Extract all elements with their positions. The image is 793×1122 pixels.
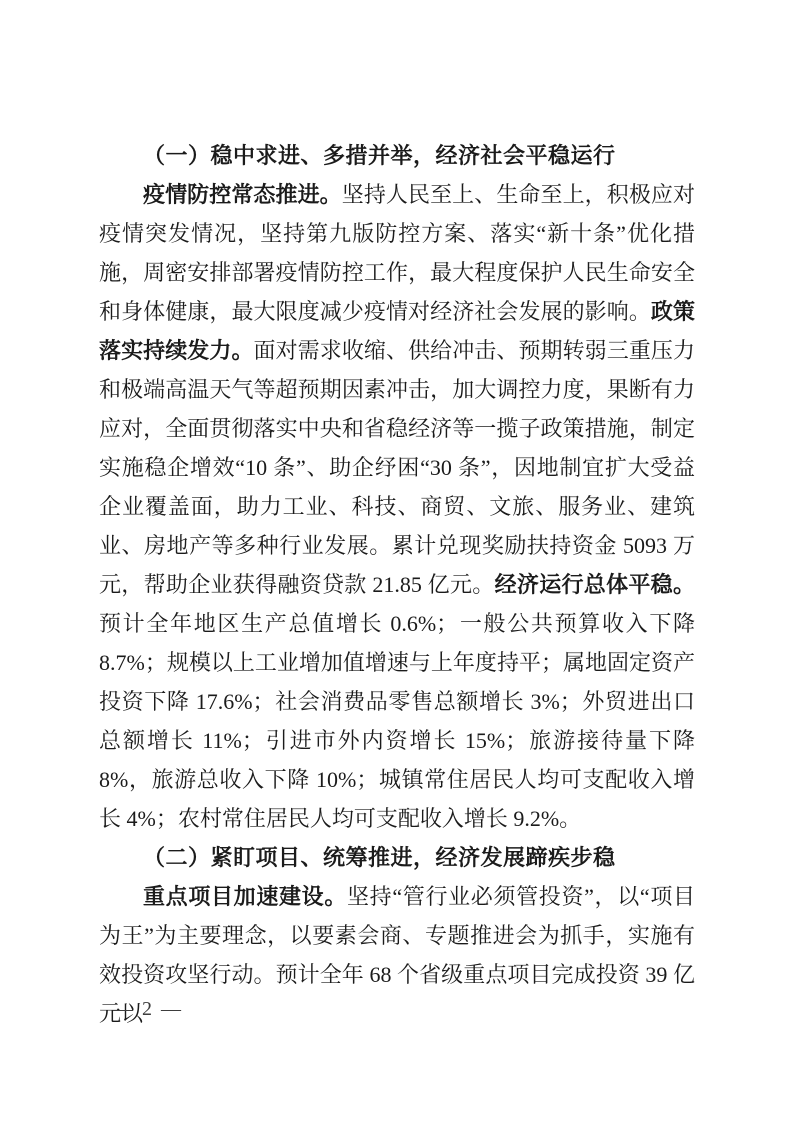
section-heading: （一）稳中求进、多措并举，经济社会平稳运行	[99, 136, 695, 175]
document-body: （一）稳中求进、多措并举，经济社会平稳运行疫情防控常态推进。坚持人民至上、生命至…	[99, 136, 695, 1033]
emphasis-run: 经济运行总体平稳。	[495, 572, 695, 597]
emphasis-run: 疫情防控常态推进。	[143, 182, 342, 207]
page-number: — 2 —	[113, 997, 183, 1021]
body-paragraph: 疫情防控常态推进。坚持人民至上、生命至上，积极应对疫情突发情况，坚持第九版防控方…	[99, 175, 695, 838]
document-page: （一）稳中求进、多措并举，经济社会平稳运行疫情防控常态推进。坚持人民至上、生命至…	[0, 0, 793, 1122]
emphasis-run: 重点项目加速建设。	[143, 884, 347, 909]
text-run: 面对需求收缩、供给冲击、预期转弱三重压力和极端高温天气等超预期因素冲击，加大调控…	[99, 338, 695, 597]
body-paragraph: 重点项目加速建设。坚持“管行业必须管投资”，以“项目为王”为主要理念，以要素会商…	[99, 877, 695, 1033]
text-run: 预计全年地区生产总值增长 0.6%；一般公共预算收入下降 8.7%；规模以上工业…	[99, 611, 695, 831]
section-heading: （二）紧盯项目、统筹推进，经济发展蹄疾步稳	[99, 838, 695, 877]
